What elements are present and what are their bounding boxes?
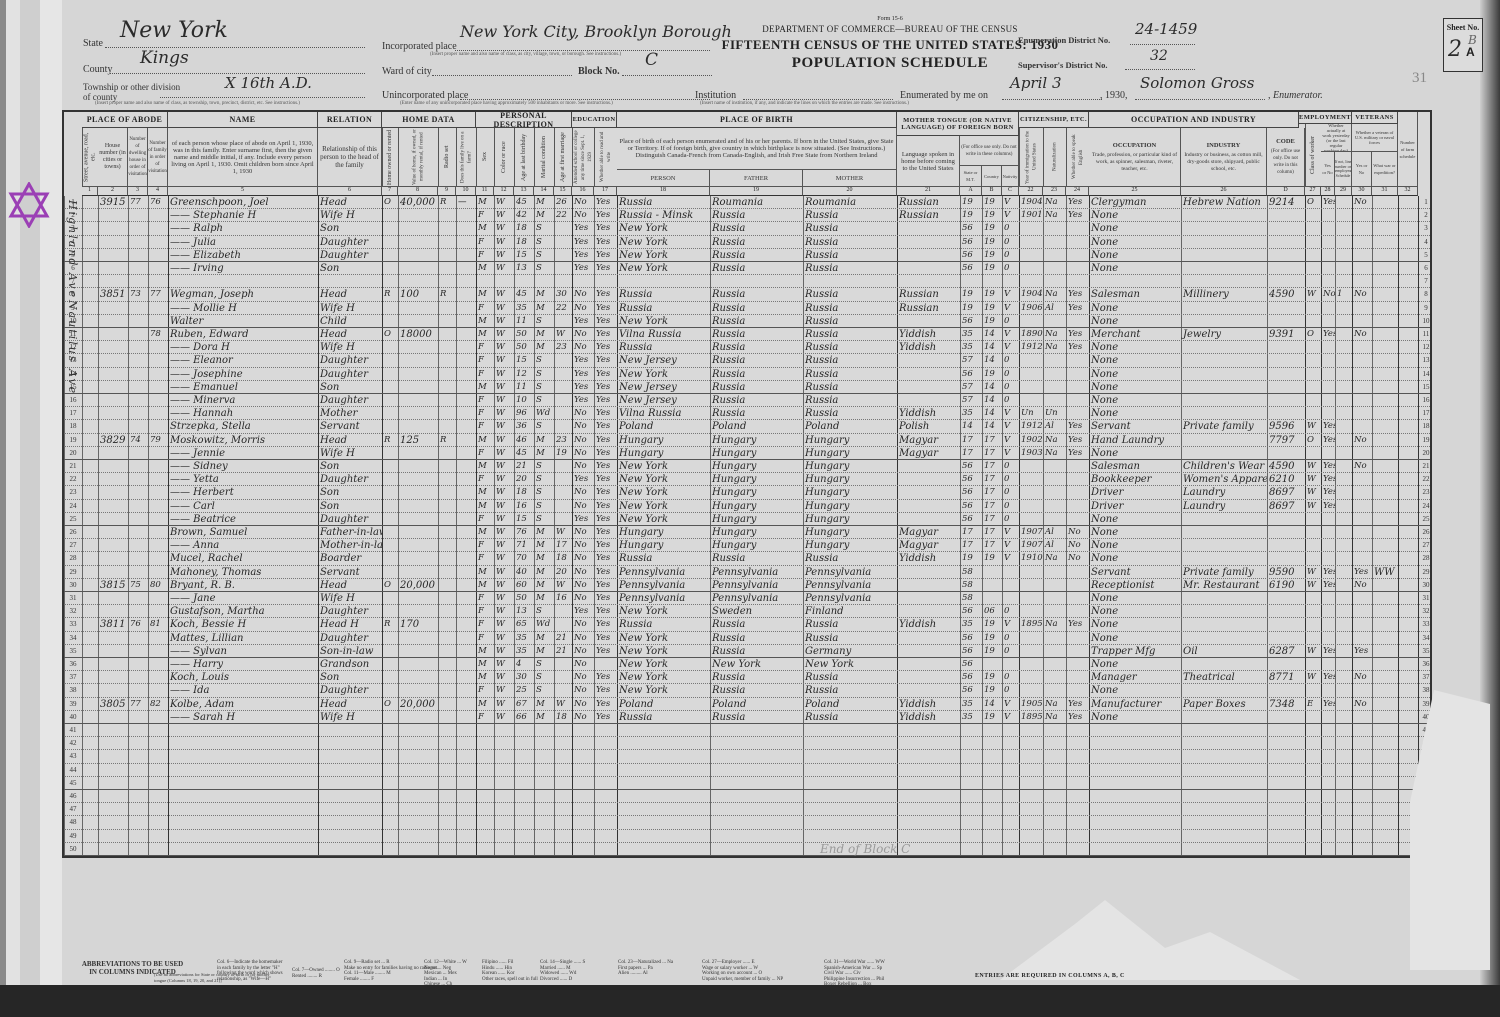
cell-cA: 35 bbox=[960, 711, 982, 724]
cell-pob: Russia bbox=[617, 618, 710, 631]
cell-rel: Daughter bbox=[318, 605, 382, 618]
unincorporated-note: (Enter name of any unincorporated place … bbox=[400, 101, 613, 106]
table-row[interactable]: 2727—— AnnaMother-in-lawFW71M17NoYesHung… bbox=[64, 539, 1430, 552]
cell-vet: No bbox=[1352, 460, 1372, 473]
cell-mpob: Pennsylvania bbox=[803, 566, 897, 579]
colA-header: State or M.T. bbox=[960, 166, 982, 186]
cell-name: —— Sarah H bbox=[168, 711, 318, 724]
cell-race: W bbox=[494, 671, 514, 684]
column-number: 6 bbox=[318, 186, 382, 196]
cell-fpob: Russia bbox=[710, 381, 803, 394]
table-row[interactable]: 4646 bbox=[64, 790, 1430, 803]
cell-age: 96 bbox=[514, 407, 534, 420]
cell-rel: Head bbox=[318, 196, 382, 209]
cell-fpob: Hungary bbox=[710, 434, 803, 447]
cell-sch: No bbox=[572, 566, 594, 579]
table-row[interactable]: 8838517377Wegman, JosephHeadR100RMW45M30… bbox=[64, 288, 1430, 301]
cell-mar: S bbox=[534, 354, 554, 367]
cell-fpob: Russia bbox=[710, 618, 803, 631]
table-row[interactable]: 3535—— SylvanSon-in-lawMW35M21NoYesNew Y… bbox=[64, 645, 1430, 658]
cell-cC: V bbox=[1002, 539, 1019, 552]
cell-cA: 57 bbox=[960, 394, 982, 407]
cell-imm: 1903 bbox=[1019, 447, 1043, 460]
cell-cA: 19 bbox=[960, 196, 982, 209]
cell-mpob: Germany bbox=[803, 645, 897, 658]
cell-read: Yes bbox=[594, 460, 617, 473]
supervisor-label: Supervisor's District No. bbox=[1018, 60, 1107, 70]
table-row[interactable]: 1414—— JosephineDaughterFW12SYesYesNew Y… bbox=[64, 368, 1430, 381]
cell-age: 35 bbox=[514, 632, 534, 645]
cell-name: —— Mollie H bbox=[168, 302, 318, 315]
line-number: 35 bbox=[1418, 645, 1434, 658]
cell-sch: No bbox=[572, 698, 594, 711]
cell-cA: 17 bbox=[960, 526, 982, 539]
table-row[interactable]: 4242 bbox=[64, 737, 1430, 750]
table-row[interactable]: 77 bbox=[64, 275, 1430, 288]
cell-rel: Son bbox=[318, 671, 382, 684]
cell-cA: 56 bbox=[960, 671, 982, 684]
binding-margin bbox=[0, 0, 62, 985]
cell-cls: W bbox=[1305, 645, 1321, 658]
line-number: 48 bbox=[64, 816, 82, 829]
cell-age: 13 bbox=[514, 262, 534, 275]
cell-mar: M bbox=[534, 592, 554, 605]
cell-read: Yes bbox=[594, 632, 617, 645]
table-row[interactable]: 2525—— BeatriceDaughterFW15SYesYesNew Yo… bbox=[64, 513, 1430, 526]
cell-cA: 56 bbox=[960, 513, 982, 526]
table-row[interactable]: 2929Mahoney, ThomasServantMW40M20NoYesPe… bbox=[64, 566, 1430, 579]
col11-header: Sex bbox=[476, 128, 494, 186]
cell-mpob: Poland bbox=[803, 420, 897, 433]
cell-dwell: 77 bbox=[128, 196, 148, 209]
cell-age: 45 bbox=[514, 447, 534, 460]
cell-occ: None bbox=[1089, 447, 1181, 460]
table-row[interactable]: 1139157776Greenschpoon, JoelHeadO40,000R… bbox=[64, 196, 1430, 209]
cell-age: 50 bbox=[514, 328, 534, 341]
line-number: 16 bbox=[1418, 394, 1434, 407]
cell-cC: V bbox=[1002, 288, 1019, 301]
schedule-title: POPULATION SCHEDULE bbox=[720, 55, 1060, 72]
cell-code: 9391 bbox=[1267, 328, 1305, 341]
cell-sch: Yes bbox=[572, 513, 594, 526]
cell-mpob: Russia bbox=[803, 328, 897, 341]
cell-pob: New York bbox=[617, 632, 710, 645]
cell-lang: Magyar bbox=[897, 539, 960, 552]
cell-cB: 19 bbox=[982, 552, 1002, 565]
cell-cC: 0 bbox=[1002, 500, 1019, 513]
end-of-block-note: End of Block C bbox=[820, 842, 910, 856]
line-number: 22 bbox=[1418, 473, 1434, 486]
col5-header: of each person whose place of abode on A… bbox=[168, 128, 318, 186]
cell-cC: 0 bbox=[1002, 632, 1019, 645]
col20-header: MOTHER bbox=[803, 170, 897, 186]
cell-lang: Russian bbox=[897, 302, 960, 315]
cell-occ: None bbox=[1089, 632, 1181, 645]
cell-mpob: Russia bbox=[803, 684, 897, 697]
cell-mar: M bbox=[534, 341, 554, 354]
cell-read: Yes bbox=[594, 302, 617, 315]
table-row[interactable]: 3838—— IdaDaughterFW25SNoYesNew YorkRuss… bbox=[64, 684, 1430, 697]
table-row[interactable]: 33—— RalphSonMW18SYesYesNew YorkRussiaRu… bbox=[64, 222, 1430, 235]
cell-read: Yes bbox=[594, 645, 617, 658]
line-number: 26 bbox=[1418, 526, 1434, 539]
cell-rel: Son bbox=[318, 262, 382, 275]
cell-pob: Hungary bbox=[617, 526, 710, 539]
cell-ind: Oil bbox=[1181, 645, 1267, 658]
cell-cB: 19 bbox=[982, 315, 1002, 328]
cell-cB: 14 bbox=[982, 394, 1002, 407]
cell-mar: M bbox=[534, 539, 554, 552]
table-row[interactable]: 303038157580Bryant, R. B.HeadO20,000MW60… bbox=[64, 579, 1430, 592]
cell-occ: Salesman bbox=[1089, 460, 1181, 473]
cell-occ: None bbox=[1089, 262, 1181, 275]
cell-race: W bbox=[494, 632, 514, 645]
cell-name: Greenschpoon, Joel bbox=[168, 196, 318, 209]
cell-radio: R bbox=[438, 288, 456, 301]
cell-name: Moskowitz, Morris bbox=[168, 434, 318, 447]
cell-fpob: Russia bbox=[710, 645, 803, 658]
table-row[interactable]: 3737Koch, LouisSonMW30SNoYesNew YorkRuss… bbox=[64, 671, 1430, 684]
table-row[interactable]: 2828Mucel, RachelBoarderFW70M18NoYesRuss… bbox=[64, 552, 1430, 565]
cell-code: 7797 bbox=[1267, 434, 1305, 447]
cell-pob: Russia bbox=[617, 711, 710, 724]
cell-code: 8697 bbox=[1267, 500, 1305, 513]
cell-age: 35 bbox=[514, 302, 534, 315]
cell-work: Yes bbox=[1321, 500, 1335, 513]
cell-mpob: Hungary bbox=[803, 539, 897, 552]
cell-age: 40 bbox=[514, 566, 534, 579]
cell-mpob: Hungary bbox=[803, 526, 897, 539]
line-number: 49 bbox=[64, 830, 82, 843]
cell-name: —— Hannah bbox=[168, 407, 318, 420]
sheet-label: Sheet No. bbox=[1444, 23, 1482, 32]
cell-rel: Wife H bbox=[318, 711, 382, 724]
cell-cls: W bbox=[1305, 500, 1321, 513]
cell-cB: 19 bbox=[982, 711, 1002, 724]
cell-pob: New York bbox=[617, 671, 710, 684]
table-row[interactable]: 2121—— SidneySonMW21SNoYesNew YorkHungar… bbox=[64, 460, 1430, 473]
employment-note: Whether actually at work yesterday (or t… bbox=[1321, 124, 1352, 152]
group-occupation-industry: OCCUPATION AND INDUSTRY bbox=[1089, 112, 1299, 128]
code-header: (For office use only. Do not write in th… bbox=[960, 136, 1019, 166]
column-number: 4 bbox=[148, 186, 168, 196]
cell-cC: 0 bbox=[1002, 315, 1019, 328]
cell-race: W bbox=[494, 605, 514, 618]
cell-occ: None bbox=[1089, 513, 1181, 526]
cell-read: Yes bbox=[594, 552, 617, 565]
cell-read: Yes bbox=[594, 341, 617, 354]
enum-district-value: 24-1459 bbox=[1135, 20, 1197, 38]
cell-cls: O bbox=[1305, 196, 1321, 209]
table-row[interactable]: 1515—— EmanuelSonMW11SYesYesNew JerseyRu… bbox=[64, 381, 1430, 394]
cell-vet: No bbox=[1352, 698, 1372, 711]
cell-own: O bbox=[382, 328, 398, 341]
cell-cls: E bbox=[1305, 698, 1321, 711]
cell-sex: F bbox=[476, 552, 494, 565]
table-row[interactable]: 44—— JuliaDaughterFW18SYesYesNew YorkRus… bbox=[64, 236, 1430, 249]
cell-cC: 0 bbox=[1002, 222, 1019, 235]
line-number: 38 bbox=[1418, 684, 1434, 697]
cell-read bbox=[594, 658, 617, 671]
cell-ind: Women's Apparel bbox=[1181, 473, 1267, 486]
cell-mpob: Russia bbox=[803, 552, 897, 565]
table-row[interactable]: 4444 bbox=[64, 764, 1430, 777]
cell-agem: 17 bbox=[554, 539, 572, 552]
table-row[interactable]: 393938057782Kolbe, AdamHeadO20,000MW67MW… bbox=[64, 698, 1430, 711]
group-home-data: HOME DATA bbox=[382, 112, 476, 128]
cell-race: W bbox=[494, 381, 514, 394]
table-row[interactable]: 3434Mattes, LillianDaughterFW35M21NoYesN… bbox=[64, 632, 1430, 645]
table-row[interactable]: 3131—— JaneWife HFW50M16NoYesPennsylvani… bbox=[64, 592, 1430, 605]
cell-pob: New York bbox=[617, 645, 710, 658]
cell-mpob: Russia bbox=[803, 671, 897, 684]
table-row[interactable]: 4848 bbox=[64, 816, 1430, 829]
cell-mpob: Russia bbox=[803, 288, 897, 301]
table-row[interactable]: 2222—— YettaDaughterFW20SYesYesNew YorkH… bbox=[64, 473, 1430, 486]
cell-name: —— Eleanor bbox=[168, 354, 318, 367]
cell-race: W bbox=[494, 315, 514, 328]
table-row[interactable]: 1717—— HannahMotherFW96WdNoYesVilna Russ… bbox=[64, 407, 1430, 420]
cell-lang: Russian bbox=[897, 209, 960, 222]
column-number: 16 bbox=[572, 186, 594, 196]
group-personal-description: PERSONAL DESCRIPTION bbox=[476, 112, 572, 128]
cell-cA: 56 bbox=[960, 262, 982, 275]
cell-age: 18 bbox=[514, 222, 534, 235]
cell-occ: None bbox=[1089, 618, 1181, 631]
cell-cB: 19 bbox=[982, 222, 1002, 235]
line-number: 24 bbox=[64, 500, 82, 513]
cell-cC: 0 bbox=[1002, 354, 1019, 367]
table-row[interactable]: 99—— Mollie HWife HFW35M22NoYesRussiaRus… bbox=[64, 302, 1430, 315]
line-number: 30 bbox=[1418, 579, 1434, 592]
cell-mpob: Russia bbox=[803, 632, 897, 645]
column-number: D bbox=[1267, 186, 1305, 196]
line-number: 31 bbox=[64, 592, 82, 605]
table-row[interactable]: 191938297479Moskowitz, MorrisHeadR125RMW… bbox=[64, 434, 1430, 447]
table-row[interactable]: 333338117681Koch, Bessie HHead HR170FW65… bbox=[64, 618, 1430, 631]
cell-read: Yes bbox=[594, 486, 617, 499]
cell-cC: V bbox=[1002, 407, 1019, 420]
table-row[interactable]: 22—— Stephanie HWife HFW42M22NoYesRussia… bbox=[64, 209, 1430, 222]
cell-age: 20 bbox=[514, 473, 534, 486]
institution-label: Institution bbox=[695, 90, 736, 101]
cell-mpob: Russia bbox=[803, 381, 897, 394]
line-number: 35 bbox=[64, 645, 82, 658]
table-row[interactable]: 55—— ElizabethDaughterFW15SYesYesNew Yor… bbox=[64, 249, 1430, 262]
cell-mpob: Russia bbox=[803, 618, 897, 631]
table-row[interactable]: 2626Brown, SamuelFather-in-lawMW76MWNoYe… bbox=[64, 526, 1430, 539]
cell-agem: 22 bbox=[554, 209, 572, 222]
cell-sch: No bbox=[572, 658, 594, 671]
cell-fpob: Pennsylvania bbox=[710, 579, 803, 592]
cell-race: W bbox=[494, 486, 514, 499]
col25-header: OCCUPATIONTrade, profession, or particul… bbox=[1089, 128, 1181, 186]
table-row[interactable]: 4747 bbox=[64, 803, 1430, 816]
cell-fam: 80 bbox=[148, 579, 168, 592]
cell-cC: V bbox=[1002, 552, 1019, 565]
cell-agem: W bbox=[554, 579, 572, 592]
line-number: 23 bbox=[64, 486, 82, 499]
supervisor-value: 32 bbox=[1150, 48, 1168, 64]
cell-age: 25 bbox=[514, 684, 534, 697]
cell-own: R bbox=[382, 434, 398, 447]
cell-mpob: Russia bbox=[803, 222, 897, 235]
cell-mpob: Hungary bbox=[803, 513, 897, 526]
cell-sex: M bbox=[476, 222, 494, 235]
colD-title: CODE bbox=[1268, 138, 1303, 145]
cell-read: Yes bbox=[594, 592, 617, 605]
line-number: 33 bbox=[64, 618, 82, 631]
cell-nat: Un bbox=[1043, 407, 1066, 420]
cell-age: 65 bbox=[514, 618, 534, 631]
line-number: 8 bbox=[1418, 288, 1434, 301]
cell-eng: Yes bbox=[1066, 698, 1089, 711]
line-number: 29 bbox=[64, 566, 82, 579]
table-row[interactable]: 1818Strzepka, StellaServantFW36SNoYesPol… bbox=[64, 420, 1430, 433]
table-row[interactable]: 4949 bbox=[64, 830, 1430, 843]
block-label: Block No. bbox=[578, 66, 620, 77]
table-row[interactable]: 5050 bbox=[64, 843, 1430, 856]
line-number: 19 bbox=[64, 434, 82, 447]
cell-fpob: Russia bbox=[710, 315, 803, 328]
line-number: 25 bbox=[64, 513, 82, 526]
table-row[interactable]: 1010WalterChildMW11SYesYesNew YorkRussia… bbox=[64, 315, 1430, 328]
table-row[interactable]: 3636—— HarryGrandsonMW4SNoNew YorkNew Yo… bbox=[64, 658, 1430, 671]
cell-sex: M bbox=[476, 566, 494, 579]
form-number: Form 15-6 bbox=[720, 16, 1060, 22]
cell-cB: 06 bbox=[982, 605, 1002, 618]
line-number: 21 bbox=[1418, 460, 1434, 473]
block-value: C bbox=[645, 50, 658, 70]
cell-sex: F bbox=[476, 447, 494, 460]
street-name-highland: Highland Ave bbox=[66, 200, 79, 299]
cell-age: 12 bbox=[514, 368, 534, 381]
cell-imm: 1904 bbox=[1019, 288, 1043, 301]
table-row[interactable]: 4141 bbox=[64, 724, 1430, 737]
cell-cC: 0 bbox=[1002, 473, 1019, 486]
cell-pob: New York bbox=[617, 262, 710, 275]
table-row[interactable]: 2424—— CarlSonMW16SNoYesNew YorkHungaryH… bbox=[64, 500, 1430, 513]
table-row[interactable]: 4343 bbox=[64, 750, 1430, 763]
cell-mpob: Russia bbox=[803, 368, 897, 381]
cell-rel: Wife H bbox=[318, 302, 382, 315]
table-row[interactable]: 1616—— MinervaDaughterFW10SYesYesNew Jer… bbox=[64, 394, 1430, 407]
cell-race: W bbox=[494, 302, 514, 315]
cell-value: 18000 bbox=[398, 328, 438, 341]
table-row[interactable]: 4040—— Sarah HWife HFW66M18NoYesRussiaRu… bbox=[64, 711, 1430, 724]
cell-pob: Russia bbox=[617, 341, 710, 354]
cell-race: W bbox=[494, 566, 514, 579]
page-stamp: 31 bbox=[1412, 70, 1427, 87]
cell-cC: 0 bbox=[1002, 236, 1019, 249]
cell-age: 70 bbox=[514, 552, 534, 565]
cell-cA: 56 bbox=[960, 368, 982, 381]
cell-eng: Yes bbox=[1066, 434, 1089, 447]
enumerated-date: April 3 bbox=[1010, 74, 1062, 92]
cell-cB: 17 bbox=[982, 486, 1002, 499]
table-row[interactable]: 66—— IrvingSonMW13SYesYesNew YorkRussiaR… bbox=[64, 262, 1430, 275]
cell-fpob: Russia bbox=[710, 328, 803, 341]
state-label: State bbox=[83, 38, 103, 49]
cell-eng: No bbox=[1066, 526, 1089, 539]
sheet-number: 2 bbox=[1448, 37, 1462, 62]
cell-pob: Hungary bbox=[617, 539, 710, 552]
cell-name: —— Josephine bbox=[168, 368, 318, 381]
cell-rel: Daughter bbox=[318, 236, 382, 249]
cell-fam: 82 bbox=[148, 698, 168, 711]
enum-district-label: Enumeration District No. bbox=[1018, 35, 1110, 45]
cell-sch: No bbox=[572, 328, 594, 341]
cell-eng: No bbox=[1066, 539, 1089, 552]
col19-header: FATHER bbox=[710, 170, 803, 186]
cell-occ: None bbox=[1089, 381, 1181, 394]
line-number: 40 bbox=[64, 711, 82, 724]
group-place-of-birth: PLACE OF BIRTH bbox=[617, 112, 897, 128]
col24-header: Whether able to speak English bbox=[1066, 128, 1089, 186]
cell-rel: Head bbox=[318, 579, 382, 592]
cell-sex: F bbox=[476, 420, 494, 433]
cell-mar: M bbox=[534, 302, 554, 315]
cell-cls: W bbox=[1305, 460, 1321, 473]
cell-age: 30 bbox=[514, 671, 534, 684]
cell-name: Bryant, R. B. bbox=[168, 579, 318, 592]
cell-mar: M bbox=[534, 698, 554, 711]
line-number: 5 bbox=[1418, 249, 1434, 262]
cell-imm: 1907 bbox=[1019, 539, 1043, 552]
cell-value: 125 bbox=[398, 434, 438, 447]
col6-header: Relationship of this person to the head … bbox=[318, 128, 382, 186]
line-number: 39 bbox=[64, 698, 82, 711]
cell-race: W bbox=[494, 222, 514, 235]
cell-cC: V bbox=[1002, 618, 1019, 631]
table-row[interactable]: 4545 bbox=[64, 777, 1430, 790]
cell-house: 3811 bbox=[98, 618, 128, 631]
cell-race: W bbox=[494, 526, 514, 539]
line-number: 2 bbox=[1418, 209, 1434, 222]
table-row[interactable]: 2323—— HerbertSonMW18SNoYesNew YorkHunga… bbox=[64, 486, 1430, 499]
group-veterans: VETERANS bbox=[1352, 112, 1398, 124]
table-row[interactable]: 3232Gustafson, MarthaDaughterFW13SYesYes… bbox=[64, 605, 1430, 618]
ward-label: Ward of city bbox=[382, 66, 432, 77]
cell-ind: Millinery bbox=[1181, 288, 1267, 301]
star-of-david-icon[interactable] bbox=[8, 182, 50, 228]
cell-fpob: Poland bbox=[710, 420, 803, 433]
cell-race: W bbox=[494, 473, 514, 486]
cell-occ: None bbox=[1089, 684, 1181, 697]
cell-read: Yes bbox=[594, 196, 617, 209]
line-number: 36 bbox=[64, 658, 82, 671]
col28-header: Yes or No bbox=[1321, 152, 1335, 186]
cell-cA: 35 bbox=[960, 341, 982, 354]
cell-nat: Na bbox=[1043, 288, 1066, 301]
table-row[interactable]: 1212—— Dora HWife HFW50M23NoYesRussiaRus… bbox=[64, 341, 1430, 354]
cell-agem: 18 bbox=[554, 711, 572, 724]
table-row[interactable]: 111178Ruben, EdwardHeadO18000MW50MWNoYes… bbox=[64, 328, 1430, 341]
cell-sex: M bbox=[476, 196, 494, 209]
col3-header: Number of dwelling house in order of vis… bbox=[128, 128, 148, 186]
cell-read: Yes bbox=[594, 236, 617, 249]
table-row[interactable]: 1313—— EleanorDaughterFW15SYesYesNew Jer… bbox=[64, 354, 1430, 367]
cell-fpob: Russia bbox=[710, 671, 803, 684]
incorporated-value: New York City, Brooklyn Borough bbox=[460, 22, 732, 41]
cell-code: 9596 bbox=[1267, 420, 1305, 433]
cell-mar: M bbox=[534, 632, 554, 645]
cell-race: W bbox=[494, 354, 514, 367]
cell-rel: Wife H bbox=[318, 592, 382, 605]
cell-rel: Son bbox=[318, 486, 382, 499]
line-number: 16 bbox=[64, 394, 82, 407]
table-row[interactable]: 2020—— JennieWife HFW45M19NoYesHungaryHu… bbox=[64, 447, 1430, 460]
